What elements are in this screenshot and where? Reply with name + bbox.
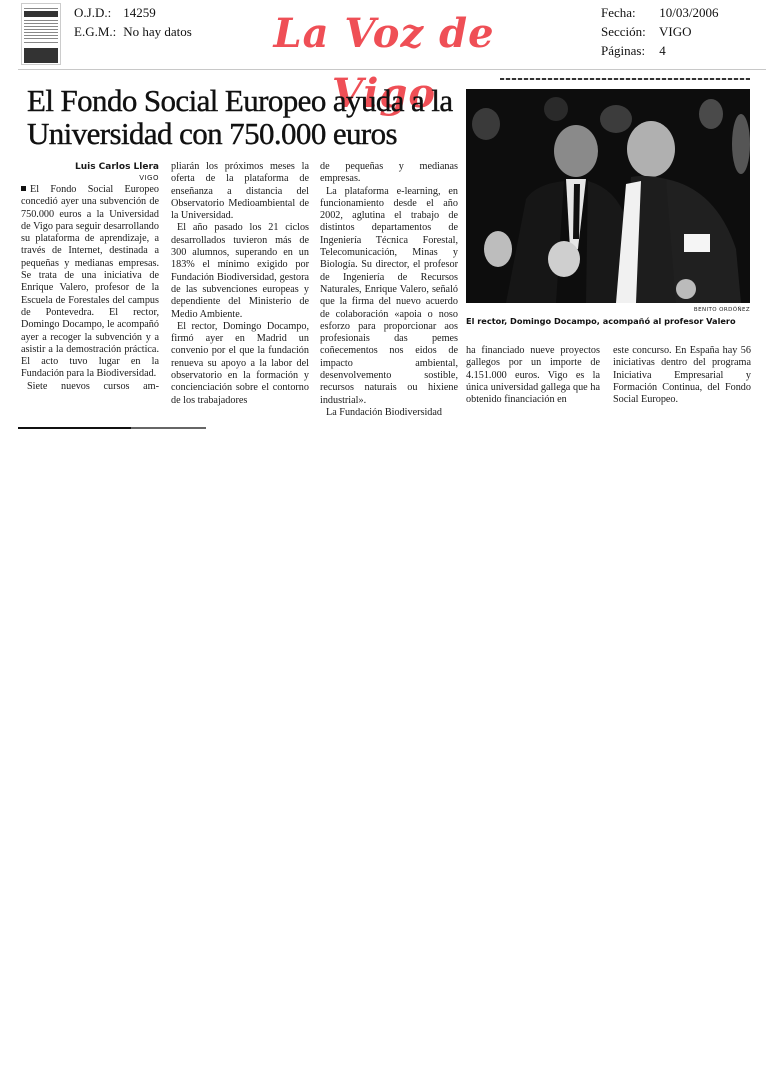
egm-label: E.G.M.: xyxy=(74,22,120,41)
paragraph: de pequeñas y medianas empresas. xyxy=(320,161,458,186)
article-end-rule xyxy=(18,427,206,429)
paragraph: este concurso. En España hay 56 iniciati… xyxy=(613,345,751,406)
paginas-value: 4 xyxy=(659,43,666,58)
paragraph: El año pasado los 21 ciclos desarrollado… xyxy=(171,222,309,320)
fecha-value: 10/03/2006 xyxy=(659,5,718,20)
egm-value: No hay datos xyxy=(123,24,192,39)
paginas-label: Páginas: xyxy=(601,41,656,60)
seccion-value: VIGO xyxy=(659,24,692,39)
ojd-label: O.J.D.: xyxy=(74,3,120,22)
article-column-1: Luis Carlos Llera VIGO El Fondo Social E… xyxy=(21,161,159,393)
byline: Luis Carlos Llera xyxy=(21,161,159,173)
article-column-3: de pequeñas y medianas empresas. La plat… xyxy=(320,161,458,419)
photo-top-rule xyxy=(500,78,750,80)
ojd-value: 14259 xyxy=(123,5,156,20)
photo-image xyxy=(466,89,750,303)
header-divider xyxy=(18,69,766,70)
article-column-4: ha financiado nueve proyectos gallegos p… xyxy=(466,345,600,406)
photo-caption: El rector, Domingo Docampo, acompañó al … xyxy=(466,316,756,326)
article-column-2: pliarán los próximos meses la oferta de … xyxy=(171,161,309,407)
paragraph: El rector, Domingo Docampo, firmó ayer e… xyxy=(171,321,309,407)
dateline-place: VIGO xyxy=(21,173,159,184)
bullet-icon xyxy=(21,186,26,191)
photo-credit: BENITO ORDÓÑEZ xyxy=(600,307,750,313)
paragraph: La Fundación Biodiversidad xyxy=(320,407,458,419)
paragraph: pliarán los próximos meses la oferta de … xyxy=(171,161,309,222)
seccion-label: Sección: xyxy=(601,22,656,41)
paragraph: La plataforma e-learning, en funcionamie… xyxy=(320,186,458,407)
paragraph: Siete nuevos cursos am- xyxy=(21,381,159,393)
media-metrics: O.J.D.: 14259 E.G.M.: No hay datos xyxy=(74,3,192,41)
article-headline: El Fondo Social Europeo ayuda a la Unive… xyxy=(27,84,457,150)
page-thumbnail xyxy=(21,3,61,65)
paragraph: El Fondo Social Europeo concedió ayer un… xyxy=(21,184,159,381)
fecha-label: Fecha: xyxy=(601,3,656,22)
newspaper-masthead: La Voz de Vigo xyxy=(238,4,530,64)
news-photo xyxy=(466,89,750,303)
paragraph: ha financiado nueve proyectos gallegos p… xyxy=(466,345,600,406)
publication-info: Fecha: 10/03/2006 Sección: VIGO Páginas:… xyxy=(601,3,718,60)
article-column-5: este concurso. En España hay 56 iniciati… xyxy=(613,345,751,406)
